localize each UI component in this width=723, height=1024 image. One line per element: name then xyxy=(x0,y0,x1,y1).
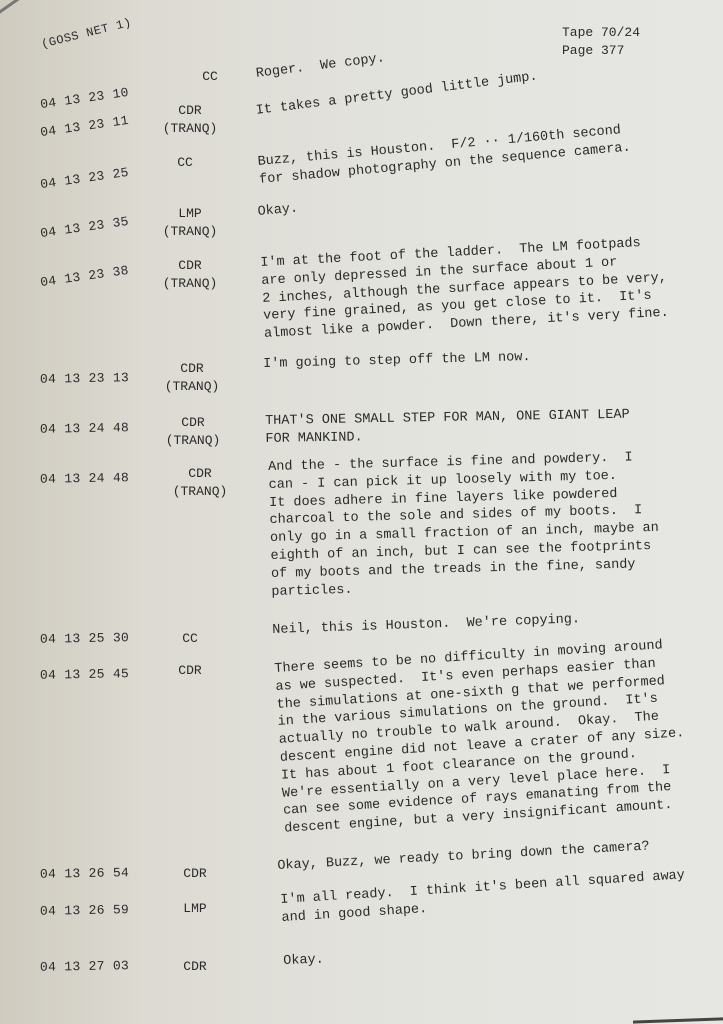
net-label: (GOSS NET 1) xyxy=(40,16,133,52)
speaker-name: CDR xyxy=(148,414,238,432)
timestamp: 04 13 23 38 xyxy=(39,262,130,292)
timestamp: 04 13 23 35 xyxy=(39,213,130,243)
speech-text: I'm at the foot of the ladder. The LM fo… xyxy=(260,234,669,344)
speaker-name: CDR xyxy=(147,360,237,378)
page-edge xyxy=(633,1017,723,1023)
speaker-name: CC xyxy=(140,154,230,172)
speaker: CDR(TRANQ) xyxy=(155,465,245,501)
speaker-name: CDR xyxy=(150,865,240,883)
timestamp: 04 13 25 30 xyxy=(40,629,129,648)
speaker-name: CDR xyxy=(145,102,235,120)
speaker: CDR(TRANQ) xyxy=(148,414,238,450)
timestamp: 04 13 23 11 xyxy=(39,112,130,142)
timestamp: 04 13 24 48 xyxy=(40,419,129,438)
speaker-name: CDR xyxy=(145,257,235,275)
timestamp: 04 13 26 59 xyxy=(40,901,129,920)
speaker-name: CDR xyxy=(155,465,245,483)
speaker: CC xyxy=(165,68,255,86)
speech-text: Okay, Buzz, we ready to bring down the c… xyxy=(277,838,650,875)
speaker-station: (TRANQ) xyxy=(148,432,238,450)
speaker: CDR xyxy=(145,662,235,680)
tape-info: Tape 70/24 Page 377 xyxy=(562,24,640,60)
speaker-name: CDR xyxy=(150,958,240,976)
speaker-name: LMP xyxy=(150,900,240,918)
speaker-name: LMP xyxy=(145,205,235,223)
page-corner-mark xyxy=(0,0,22,15)
speaker: CDR(TRANQ) xyxy=(145,257,235,293)
timestamp: 04 13 25 45 xyxy=(40,665,129,684)
speaker: CC xyxy=(145,630,235,648)
timestamp: 04 13 23 10 xyxy=(39,84,130,114)
speaker-name: CDR xyxy=(145,662,235,680)
timestamp: 04 13 24 48 xyxy=(40,469,129,488)
page-number: Page 377 xyxy=(562,42,640,60)
timestamp: 04 13 23 25 xyxy=(39,164,130,194)
speaker-name: CC xyxy=(145,630,235,648)
speech-text: There seems to be no difficulty in movin… xyxy=(274,636,689,838)
speech-text: Okay. xyxy=(257,200,299,221)
timestamp: 04 13 26 54 xyxy=(40,864,129,883)
speech-text: Okay. xyxy=(283,952,324,971)
speaker-station: (TRANQ) xyxy=(155,483,245,501)
speaker: CDR(TRANQ) xyxy=(147,360,237,396)
speech-text: I'm all ready. I think it's been all squ… xyxy=(280,867,686,927)
speaker: CC xyxy=(140,154,230,172)
tape-number: Tape 70/24 xyxy=(562,24,640,42)
speaker: LMP(TRANQ) xyxy=(145,205,235,241)
speech-text: THAT'S ONE SMALL STEP FOR MAN, ONE GIANT… xyxy=(265,407,630,449)
speaker-station: (TRANQ) xyxy=(145,223,235,241)
speaker: LMP xyxy=(150,900,240,918)
speech-text: And the - the surface is fine and powder… xyxy=(268,449,660,602)
speaker-name: CC xyxy=(165,68,255,86)
timestamp: 04 13 23 13 xyxy=(40,369,129,388)
speaker-station: (TRANQ) xyxy=(145,275,235,293)
timestamp: 04 13 27 03 xyxy=(40,957,129,976)
speech-text: Buzz, this is Houston. F/2 ·· 1/160th se… xyxy=(257,122,631,190)
speaker: CDR xyxy=(150,958,240,976)
speaker-station: (TRANQ) xyxy=(147,378,237,396)
speech-text: Roger. We copy. xyxy=(255,50,386,83)
speech-text: I'm going to step off the LM now. xyxy=(263,349,531,374)
speaker: CDR(TRANQ) xyxy=(145,102,235,138)
speaker: CDR xyxy=(150,865,240,883)
transcript-page: (GOSS NET 1) Tape 70/24 Page 377 04 13 2… xyxy=(0,0,723,1024)
speech-text: Neil, this is Houston. We're copying. xyxy=(272,611,580,640)
speaker-station: (TRANQ) xyxy=(145,120,235,138)
